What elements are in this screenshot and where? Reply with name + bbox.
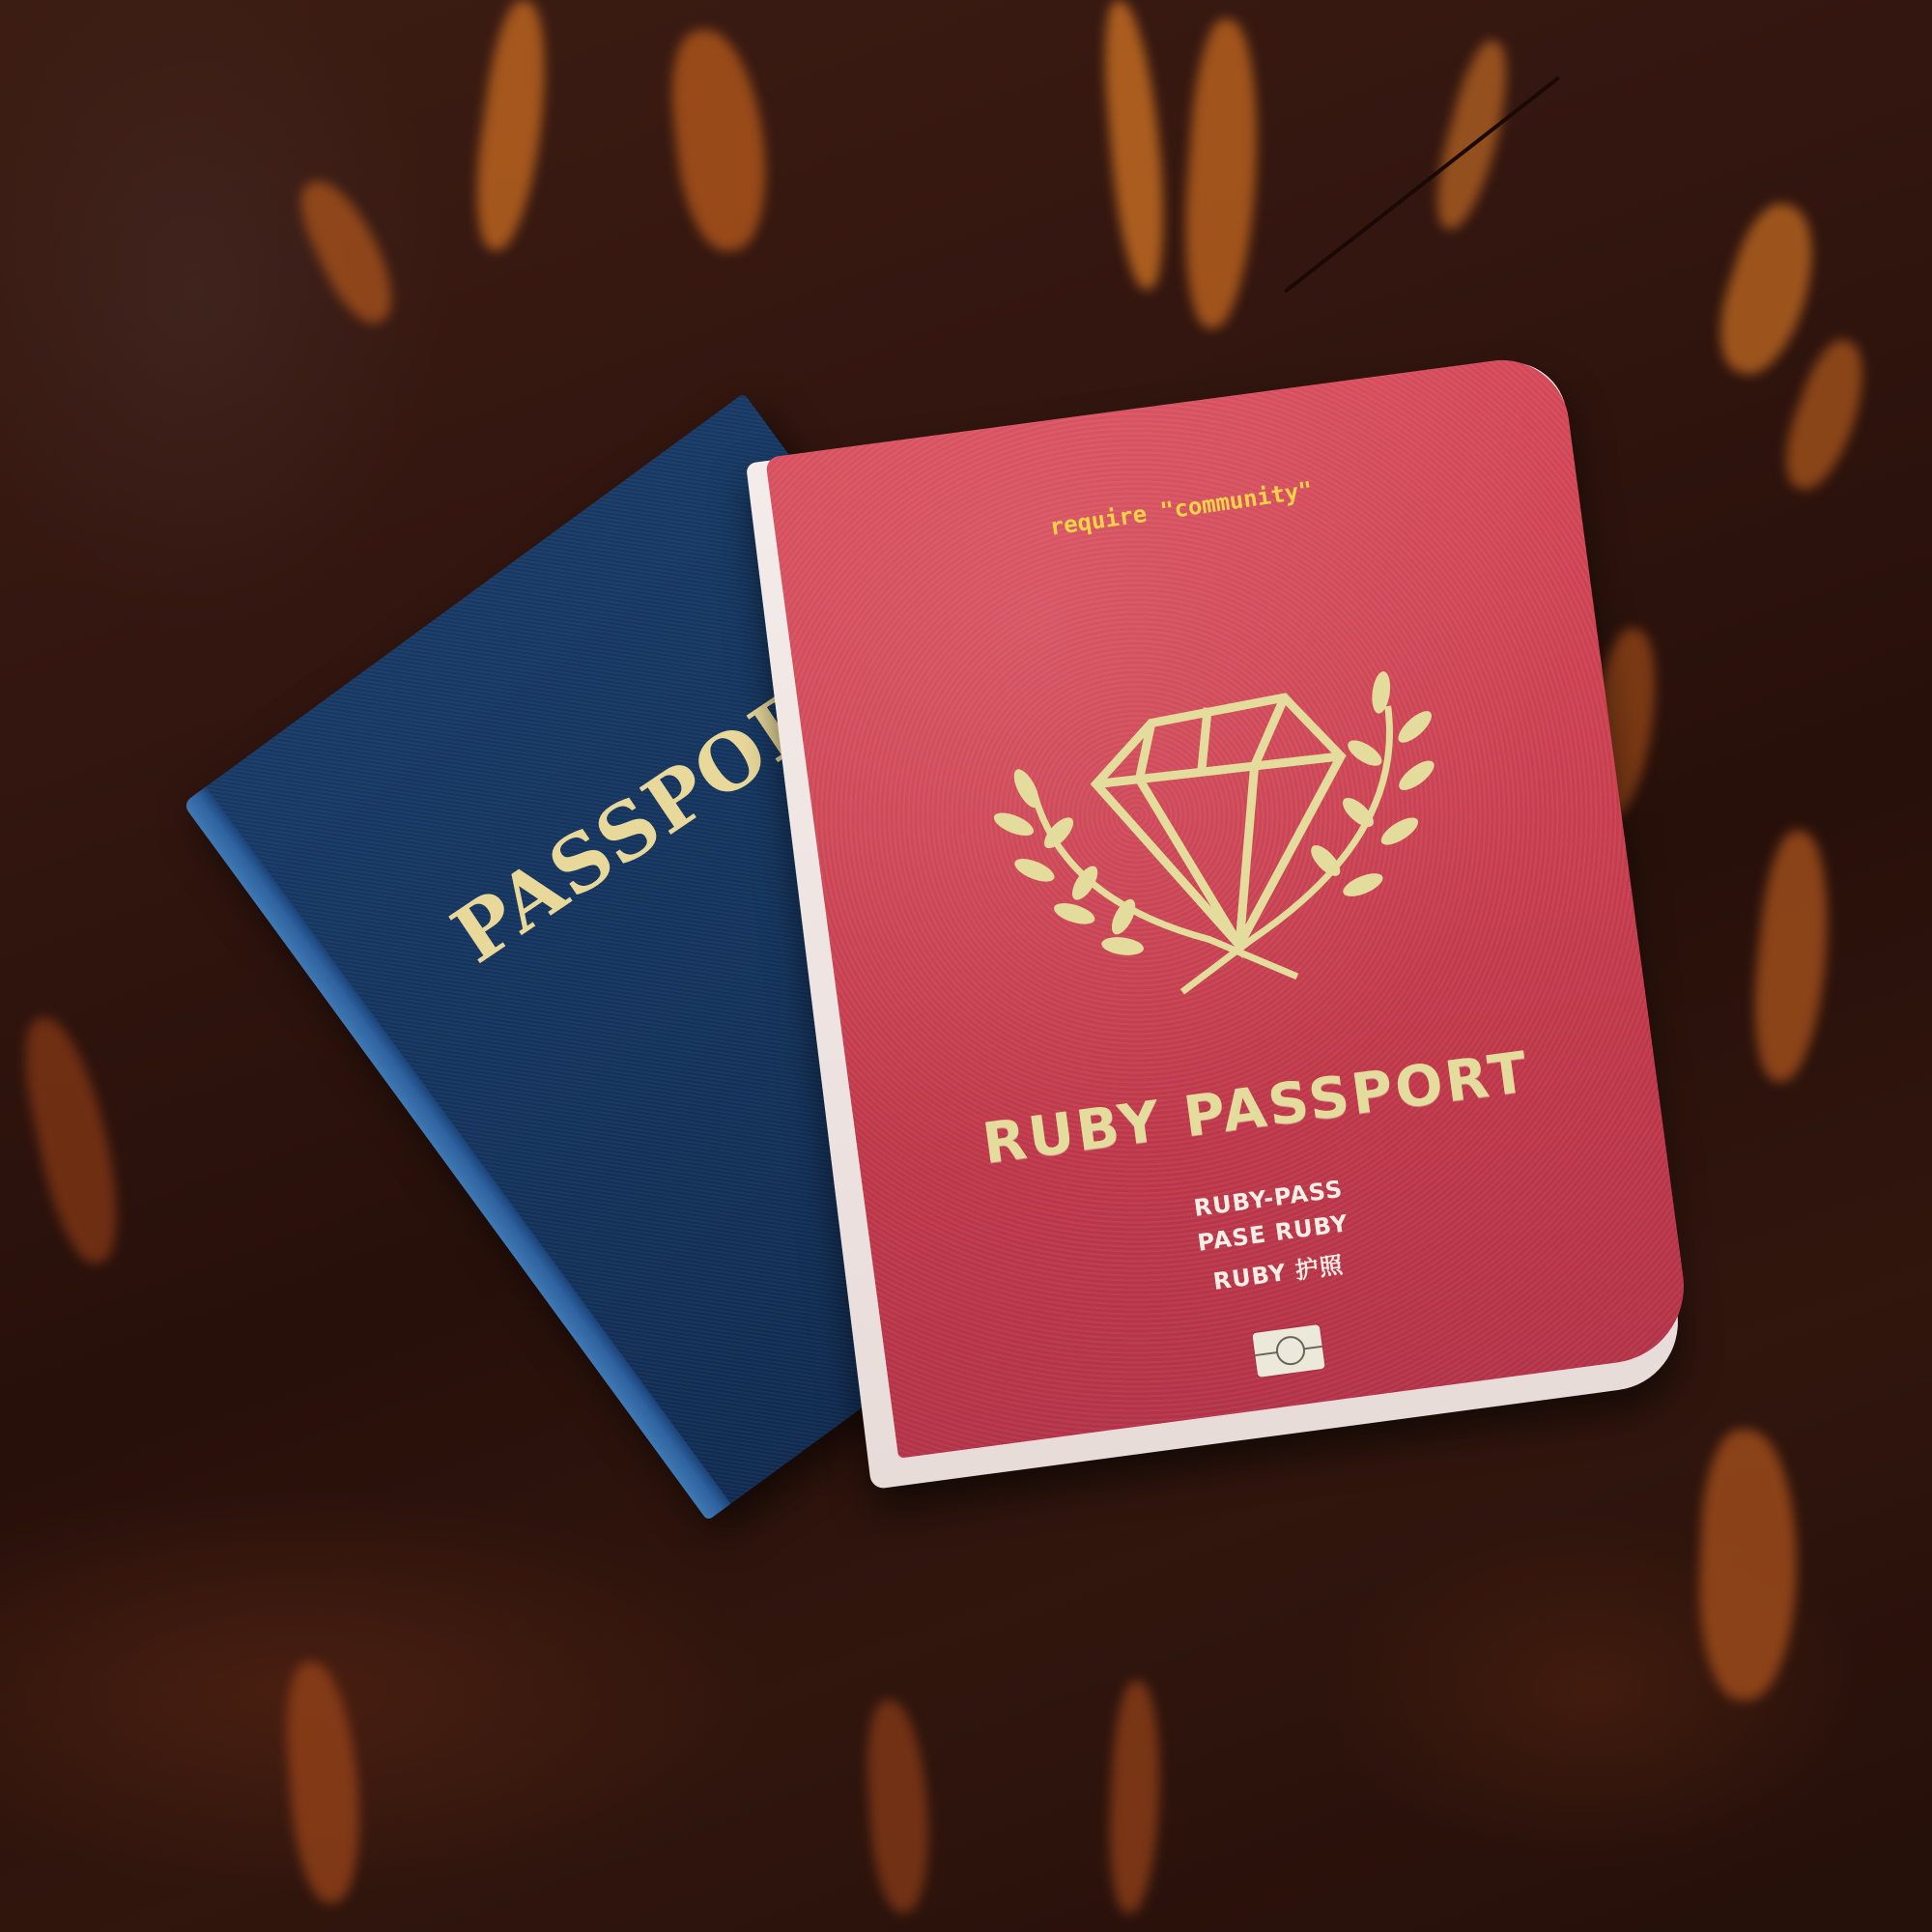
ruby-passport: require "community" [765, 352, 1693, 1459]
biometric-chip-icon [1252, 1324, 1324, 1378]
ruby-passport-title: RUBY PASSPORT [941, 1034, 1572, 1181]
ruby-gem-laurel-icon [969, 647, 1470, 1025]
tagline: require "community" [979, 467, 1384, 552]
photo-scene: PASSPORT require "community" [0, 0, 1932, 1932]
